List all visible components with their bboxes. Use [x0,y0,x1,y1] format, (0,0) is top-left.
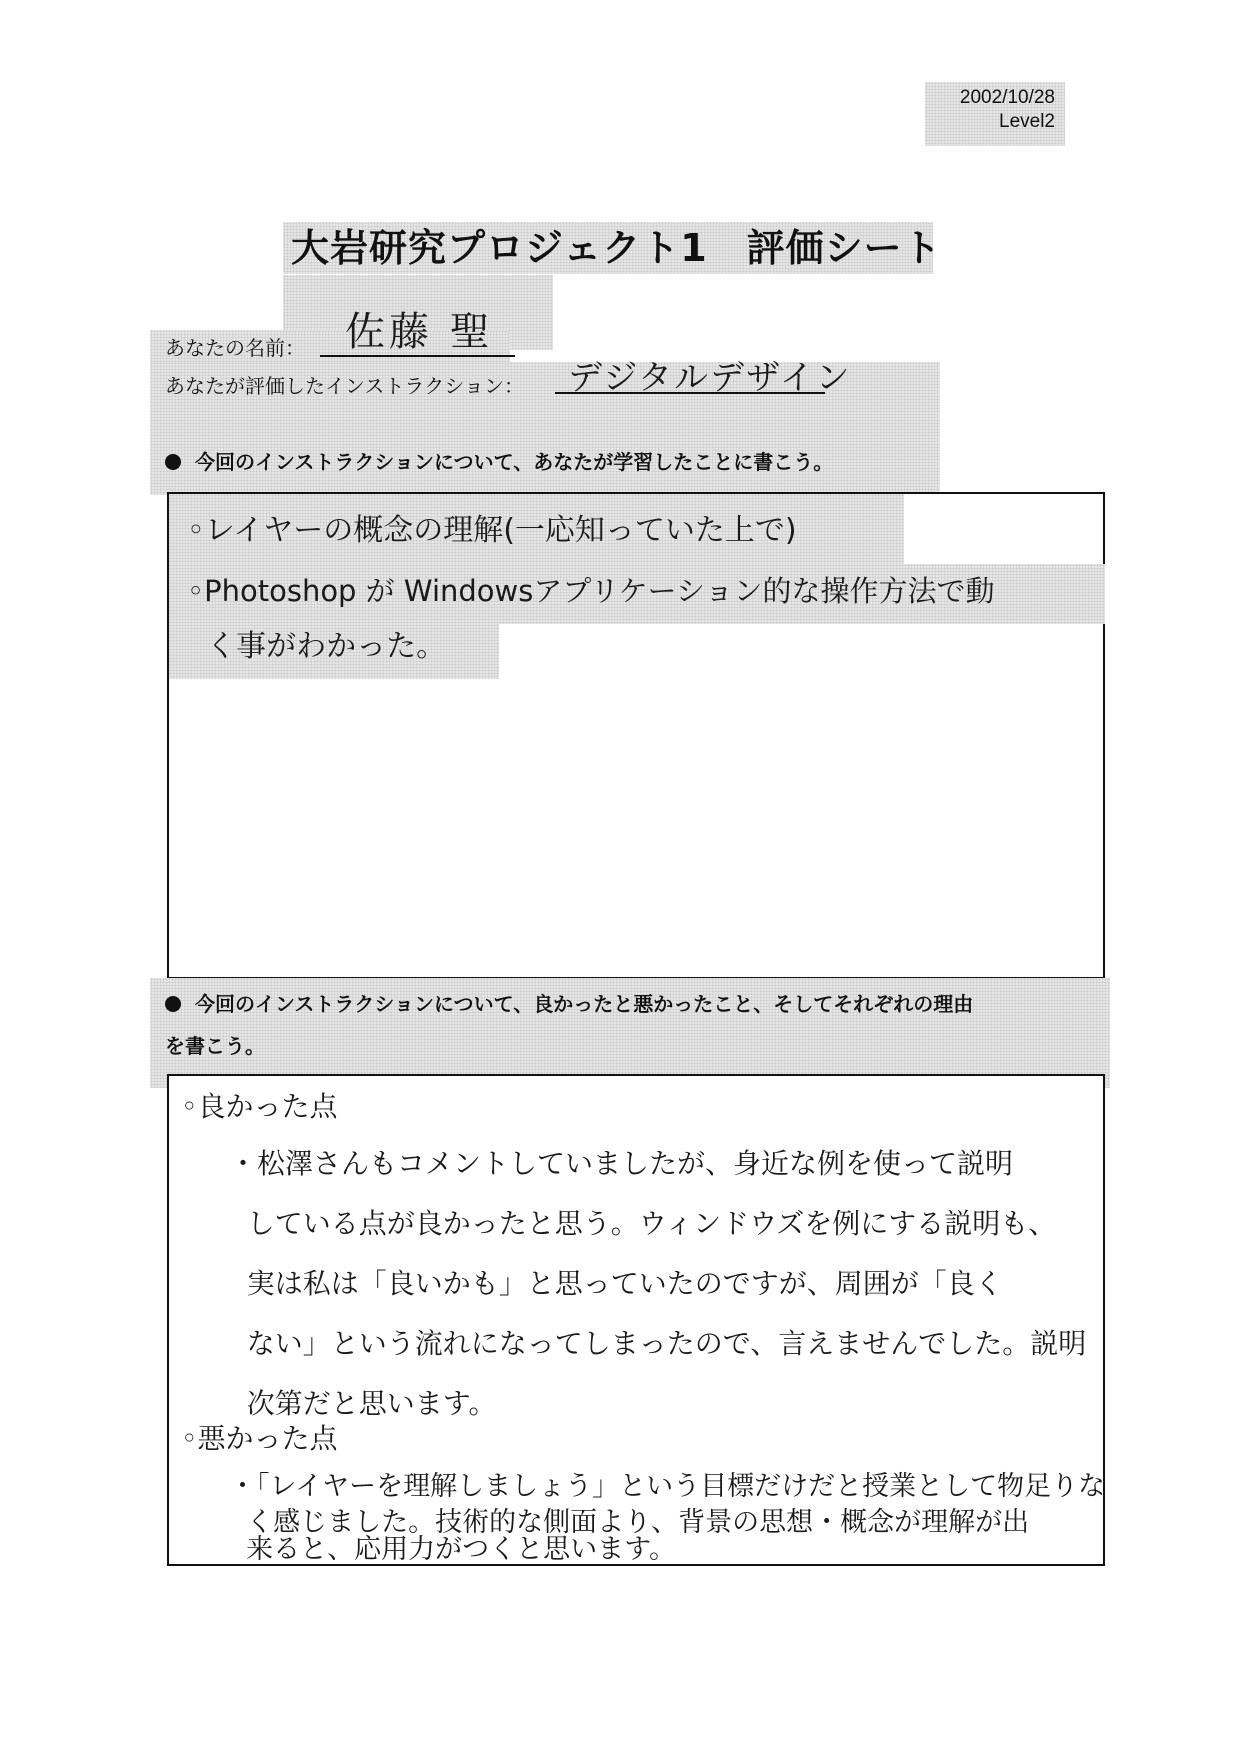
document-meta: 2002/10/28 Level2 [925,82,1065,146]
name-label: あなたの名前： [165,336,305,360]
name-field-row: あなたの名前： [165,332,305,361]
instruction-field-row: あなたが評価したインストラクション： [165,370,524,399]
section-learned-heading: 今回のインストラクションについて、あなたが学習したことに書こう。 [165,446,833,475]
bad-point-line: 来ると、応用力がつくと思います。 [229,1532,676,1568]
page-title: 大岩研究プロジェクト1 評価シート [283,222,933,274]
bullet-icon [165,454,181,470]
date-text: 2002/10/28 [925,86,1055,110]
instruction-label: あなたが評価したインストラクション： [165,374,524,398]
good-point-line: ない」という流れになってしまったので、言えませんでした。説明 [229,1314,1086,1374]
level-text: Level2 [925,110,1055,134]
learned-line: く事がわかった。 [187,622,446,672]
learned-line: ◦レイヤーの概念の理解(一応知っていた上で) [187,506,797,556]
bad-points-title: ◦悪かった点 [181,1414,338,1464]
learned-answer-box: ◦レイヤーの概念の理解(一応知っていた上で) ◦Photoshop が Wind… [167,492,1105,979]
section-feedback-heading: 今回のインストラクションについて、良かったと悪かったこと、そしてそれぞれの理由 [165,988,973,1017]
section-feedback-heading-cont: を書こう。 [165,1030,265,1059]
feedback-answer-box: ◦良かった点 ・松澤さんもコメントしていましたが、身近な例を使って説明 している… [167,1074,1105,1566]
instruction-underline [555,392,825,394]
name-value: 佐藤 聖 [345,300,494,357]
good-point-line: 実は私は「良いかも」と思っていたのですが、周囲が「良く [229,1254,1003,1314]
good-points-title: ◦良かった点 [181,1082,338,1132]
name-underline [320,355,515,357]
bullet-icon [165,996,181,1012]
good-point-line: している点が良かったと思う。ウィンドウズを例にする説明も、 [229,1194,1056,1254]
learned-line: ◦Photoshop が Windowsアプリケーション的な操作方法で動 [187,566,994,616]
good-point-line: ・松澤さんもコメントしていましたが、身近な例を使って説明 [229,1134,1013,1194]
